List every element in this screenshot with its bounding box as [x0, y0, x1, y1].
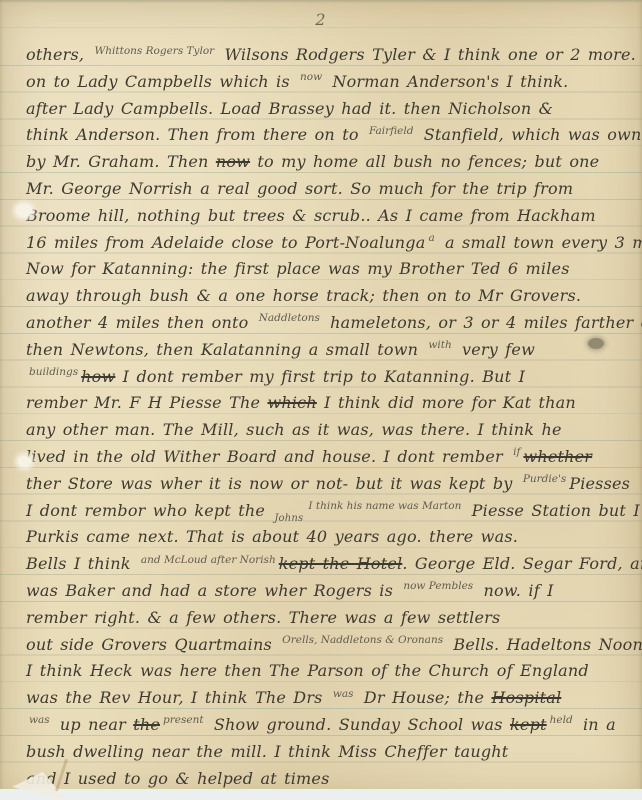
letter-line: rember Mr. F H Piesse The which I think … — [26, 390, 626, 417]
letter-line: on to Lady Campbells which is now Norman… — [26, 69, 626, 96]
letter-line: Mr. George Norrish a real good sort. So … — [26, 176, 626, 203]
handwritten-text: now. if I — [476, 581, 553, 600]
handwritten-text: I think Heck was here then The Parson of… — [26, 661, 589, 680]
interlinear-insertion: and McLoud after Norish — [141, 554, 276, 566]
handwritten-text: was Baker and had a store wher Rogers is — [26, 581, 400, 600]
interlinear-insertion: if — [513, 446, 520, 458]
interlinear-insertion: was — [333, 688, 354, 700]
letter-line: buildingshow I dont rember my first trip… — [26, 364, 626, 391]
interlinear-insertion: Purdie's — [523, 473, 566, 485]
letter-line: Broome hill, nothing but trees & scrub..… — [26, 203, 626, 230]
letter-line: by Mr. Graham. Then now to my home all b… — [26, 149, 626, 176]
handwritten-text: after Lady Campbells. Load Brassey had i… — [26, 99, 553, 118]
struck-through-text: now — [216, 152, 250, 171]
handwritten-text: 16 miles from Adelaide close to Port-Noa… — [26, 233, 425, 252]
letter-line: out side Grovers Quartmains Orells, Nadd… — [26, 632, 626, 659]
handwritten-text: another 4 miles then onto — [26, 313, 256, 332]
handwritten-text: Broome hill, nothing but trees & scrub..… — [26, 206, 596, 225]
letter-line: was the Rev Hour, I think The Drs was Dr… — [26, 685, 626, 712]
handwritten-text: in a — [576, 715, 616, 734]
letter-line: lived in the old Wither Board and house.… — [26, 444, 626, 471]
interlinear-insertion: a — [428, 232, 434, 244]
handwritten-text: on to Lady Campbells which is — [26, 72, 297, 91]
struck-through-text: how — [81, 367, 115, 386]
letter-line: I dont rembor who kept the JohnsI think … — [26, 498, 626, 525]
letter-line: Now for Katanning: the first place was m… — [26, 256, 626, 283]
letter-line: was Baker and had a store wher Rogers is… — [26, 578, 626, 605]
letter-line: 16 miles from Adelaide close to Port-Noa… — [26, 230, 626, 257]
letter-line: rember right. & a few others. There was … — [26, 605, 626, 632]
interlinear-insertion: buildings — [29, 366, 78, 378]
letter-line: any other man. The Mill, such as it was,… — [26, 417, 626, 444]
handwritten-text: rember Mr. F H Piesse The — [26, 393, 267, 412]
paper-damage-spot — [16, 204, 32, 217]
struck-through-text: kept the Hotel — [279, 554, 403, 573]
letter-line: away through bush & a one horse track; t… — [26, 283, 626, 310]
letter-line: Purkis came next. That is about 40 years… — [26, 524, 626, 551]
handwritten-text: Piesse Station but I think Mr. — [464, 501, 642, 520]
letter-line: another 4 miles then onto Naddletons ham… — [26, 310, 626, 337]
handwritten-text: hameletons, or 3 or 4 miles farther on; — [323, 313, 642, 332]
interlinear-insertion: held — [550, 714, 573, 726]
handwritten-text: I think did more for Kat than — [317, 393, 576, 412]
handwritten-text: Piesses — [569, 474, 630, 493]
letter-line: after Lady Campbells. Load Brassey had i… — [26, 96, 626, 123]
handwritten-text: then Newtons, then Kalatanning a small t… — [26, 340, 425, 359]
letter-line: ther Store was wher it is now or not- bu… — [26, 471, 626, 498]
handwritten-text: a small town every 3 miles. — [438, 233, 642, 252]
handwritten-text: Norman Anderson's I think. — [325, 72, 568, 91]
struck-through-text: which — [267, 393, 316, 412]
handwritten-text: others, — [26, 45, 91, 64]
handwritten-text: to my home all bush no fences; but one — [250, 152, 599, 171]
handwritten-text: any other man. The Mill, such as it was,… — [26, 420, 562, 439]
struck-through-text: Hospital — [492, 688, 562, 707]
interlinear-insertion: I think his name was Marton — [308, 500, 461, 512]
handwritten-text: Purkis came next. That is about 40 years… — [26, 527, 518, 546]
handwritten-text: Mr. George Norrish a real good sort. So … — [26, 179, 573, 198]
handwritten-text: out side Grovers Quartmains — [26, 635, 279, 654]
letter-body: others, Whittons Rogers Tylor Wilsons Ro… — [26, 42, 626, 792]
handwritten-text: and I used to go & helped at times — [26, 769, 330, 788]
letter-line: was up near thepresent Show ground. Sund… — [26, 712, 626, 739]
letter-line: bush dwelling near the mill. I think Mis… — [26, 739, 626, 766]
handwritten-text: bush dwelling near the mill. I think Mis… — [26, 742, 508, 761]
handwritten-text: Bells. Hadeltons Noonans. — [446, 635, 642, 654]
scanner-background-strip — [0, 789, 642, 800]
handwritten-text: . George Eld. Segar Ford, and P. Harris — [402, 554, 642, 573]
handwritten-text: Now for Katanning: the first place was m… — [26, 259, 570, 278]
struck-through-text: whether — [523, 447, 592, 466]
page-number: 2 — [0, 10, 642, 29]
interlinear-insertion: now Pembles — [403, 580, 473, 592]
handwritten-text: rember right. & a few others. There was … — [26, 608, 500, 627]
letter-line: Bells I think and McLoud after Norishkep… — [26, 551, 626, 578]
handwritten-text: lived in the old Wither Board and house.… — [26, 447, 510, 466]
handwritten-text: I dont rembor who kept the — [26, 501, 272, 520]
interlinear-insertion: present — [163, 714, 204, 726]
letter-line: I think Heck was here then The Parson of… — [26, 658, 626, 685]
handwritten-text: Dr House; the — [357, 688, 492, 707]
handwritten-text: up near — [53, 715, 134, 734]
struck-through-text: the — [133, 715, 160, 734]
interlinear-insertion: Whittons Rogers Tylor — [94, 45, 214, 57]
handwritten-text: Bells I think — [26, 554, 138, 573]
interlinear-insertion: now — [300, 71, 322, 83]
handwritten-text: away through bush & a one horse track; t… — [26, 286, 581, 305]
handwritten-text: very few — [455, 340, 535, 359]
interlinear-insertion: Fairfield — [369, 125, 414, 137]
handwritten-text: ther Store was wher it is now or not- bu… — [26, 474, 520, 493]
letter-line: others, Whittons Rogers Tylor Wilsons Ro… — [26, 42, 626, 69]
interlinear-insertion: Orells, Naddletons & Oronans — [282, 634, 443, 646]
handwritten-text: Wilsons Rodgers Tyler & I think one or 2… — [217, 45, 642, 64]
handwritten-text: Stanfield, which was owned — [416, 125, 642, 144]
handwritten-text: by Mr. Graham. Then — [26, 152, 216, 171]
letter-page-scan: 2 others, Whittons Rogers Tylor Wilsons … — [0, 0, 642, 800]
handwritten-text: think Anderson. Then from there on to — [26, 125, 366, 144]
struck-through-text: kept — [510, 715, 547, 734]
interlinear-insertion: was — [29, 714, 50, 726]
letter-line: then Newtons, then Kalatanning a small t… — [26, 337, 626, 364]
interlinear-insertion: Naddletons — [259, 312, 320, 324]
paper-damage-spot — [18, 456, 31, 467]
handwritten-text: I dont rember my first trip to Katanning… — [115, 367, 525, 386]
sublinear-insertion: Johns — [274, 513, 303, 524]
handwritten-text: was the Rev Hour, I think The Drs — [26, 688, 330, 707]
interlinear-insertion: with — [428, 339, 451, 351]
letter-line: think Anderson. Then from there on to Fa… — [26, 122, 626, 149]
ink-smudge — [588, 338, 604, 349]
handwritten-text: Show ground. Sunday School was — [207, 715, 510, 734]
